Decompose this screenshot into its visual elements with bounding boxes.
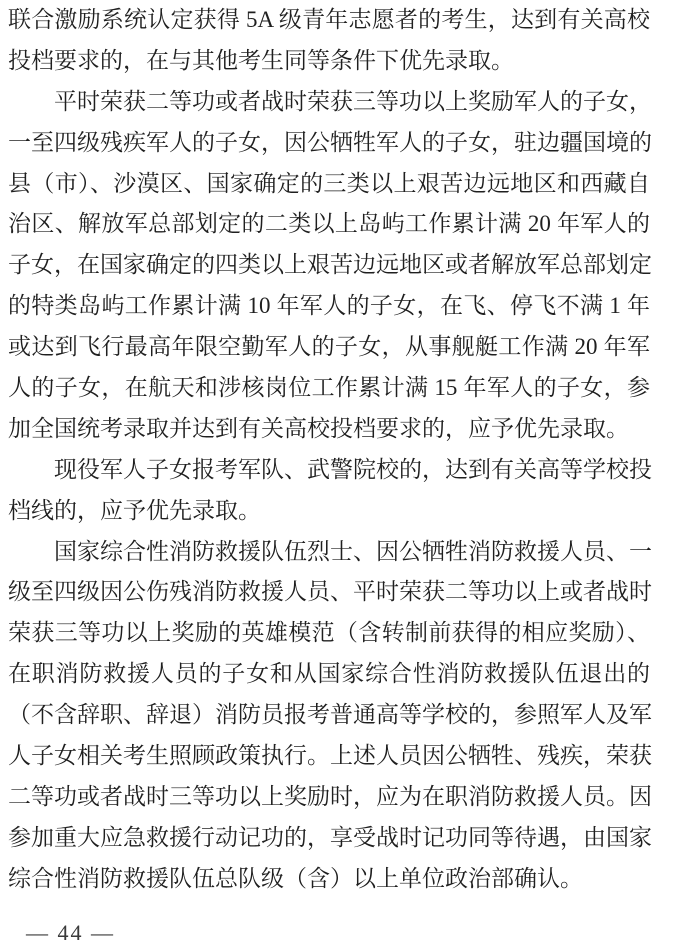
- text-line: 县（市）、沙漠区、国家确定的三类以上艰苦边远地区和西藏自: [8, 164, 650, 205]
- text-line: 人子女相关考生照顾政策执行。上述人员因公牺牲、残疾，荣获: [8, 736, 650, 777]
- text-line: 人的子女，在航天和涉核岗位工作累计满 15 年军人的子女，参: [8, 368, 650, 409]
- text-lines: 联合激励系统认定获得 5A 级青年志愿者的考生，达到有关高校投档要求的，在与其他…: [8, 0, 650, 900]
- text-line: （不含辞职、辞退）消防员报考普通高等学校的，参照军人及军: [8, 695, 650, 736]
- text-line: 二等功或者战时三等功以上奖励时，应为在职消防救援人员。因: [8, 777, 650, 818]
- text-line: 级至四级因公伤残消防救援人员、平时荣获二等功以上或者战时: [8, 572, 650, 613]
- text-line: 综合性消防救援队伍总队级（含）以上单位政治部确认。: [8, 859, 650, 900]
- text-line: 治区、解放军总部划定的二类以上岛屿工作累计满 20 年军人的: [8, 204, 650, 245]
- text-line: 参加重大应急救援行动记功的，享受战时记功同等待遇，由国家: [8, 818, 650, 859]
- text-line: 加全国统考录取并达到有关高校投档要求的，应予优先录取。: [8, 409, 650, 450]
- text-line: 在职消防救援人员的子女和从国家综合性消防救援队伍退出的: [8, 654, 650, 695]
- text-line: 荣获三等功以上奖励的英雄模范（含转制前获得的相应奖励）、: [8, 613, 650, 654]
- text-line: 子女，在国家确定的四类以上艰苦边远地区或者解放军总部划定: [8, 245, 650, 286]
- text-line: 现役军人子女报考军队、武警院校的，达到有关高等学校投: [8, 450, 650, 491]
- text-line: 一至四级残疾军人的子女，因公牺牲军人的子女，驻边疆国境的: [8, 123, 650, 164]
- text-line: 联合激励系统认定获得 5A 级青年志愿者的考生，达到有关高校: [8, 0, 650, 41]
- text-line: 平时荣获二等功或者战时荣获三等功以上奖励军人的子女，: [8, 82, 650, 123]
- text-line: 的特类岛屿工作累计满 10 年军人的子女，在飞、停飞不满 1 年: [8, 286, 650, 327]
- text-line: 投档要求的，在与其他考生同等条件下优先录取。: [8, 41, 650, 82]
- text-line: 档线的，应予优先录取。: [8, 491, 650, 532]
- document-page: 联合激励系统认定获得 5A 级青年志愿者的考生，达到有关高校投档要求的，在与其他…: [0, 0, 680, 952]
- text-line: 国家综合性消防救援队伍烈士、因公牺牲消防救援人员、一: [8, 532, 650, 573]
- text-line: 或达到飞行最高年限空勤军人的子女，从事舰艇工作满 20 年军: [8, 327, 650, 368]
- page-number: — 44 —: [26, 921, 115, 945]
